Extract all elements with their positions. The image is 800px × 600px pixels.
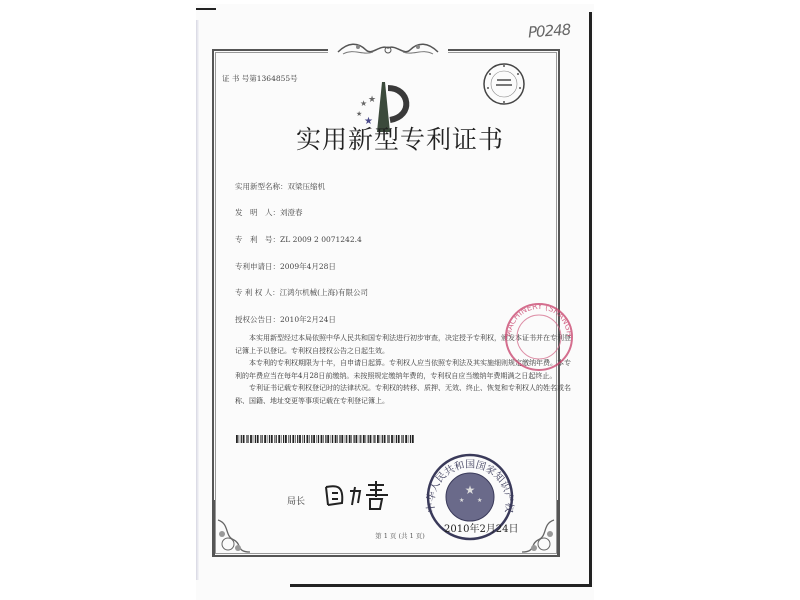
paper-shadow bbox=[196, 20, 199, 580]
top-ornament-icon bbox=[328, 38, 448, 60]
svg-text:★: ★ bbox=[356, 110, 362, 118]
svg-text:MACHINERY (SHANGHAI): MACHINERY (SHANGHAI) bbox=[503, 301, 574, 337]
paper-edge-right bbox=[589, 12, 592, 587]
svg-text:★: ★ bbox=[368, 95, 376, 105]
director-signature-icon bbox=[322, 477, 392, 511]
handwritten-note: P0248 bbox=[527, 21, 570, 42]
certificate-title: 实用新型专利证书 bbox=[0, 120, 800, 156]
corner-ornament-icon bbox=[210, 500, 260, 560]
certificate-number: 证 书 号第1364855号 bbox=[222, 73, 298, 84]
field-value: 双梁压缩机 bbox=[288, 182, 326, 191]
field-label: 专 利 权 人： bbox=[235, 288, 280, 297]
svg-text:★: ★ bbox=[465, 483, 476, 497]
company-stamp-text: MACHINERY (SHANGHAI) bbox=[503, 301, 574, 337]
paragraph-legal-status: 专利证书记载专利权登记时的法律状况。专利权的转移、质押、无效、终止、恢复和专利权… bbox=[235, 382, 575, 407]
company-stamp-icon: MACHINERY (SHANGHAI) bbox=[503, 301, 575, 373]
svg-text:★: ★ bbox=[477, 497, 482, 504]
office-stamp-icon bbox=[482, 62, 526, 106]
field-label: 授权公告日： bbox=[235, 315, 280, 324]
field-patent-number: 专 利 号：ZL 2009 2 0071242.4 bbox=[235, 234, 362, 245]
page-number: 第 1 页 (共 1 页) bbox=[0, 531, 800, 540]
field-value: 2009年4月28日 bbox=[280, 262, 336, 271]
field-value: ZL 2009 2 0071242.4 bbox=[280, 235, 362, 244]
field-utility-model-name: 实用新型名称：双梁压缩机 bbox=[235, 181, 325, 192]
field-inventor: 发 明 人：刘澄春 bbox=[235, 207, 303, 218]
svg-text:★: ★ bbox=[360, 99, 367, 108]
field-patentee: 专 利 权 人：江鸿尔机械(上海)有限公司 bbox=[235, 287, 368, 298]
field-label: 专 利 号： bbox=[235, 235, 280, 244]
field-label: 专利申请日： bbox=[235, 262, 280, 271]
paper-edge-bottom bbox=[290, 584, 592, 587]
field-grant-date: 授权公告日：2010年2月24日 bbox=[235, 314, 336, 325]
field-label: 实用新型名称： bbox=[235, 182, 288, 191]
corner-ornament-icon bbox=[512, 500, 562, 560]
field-value: 2010年2月24日 bbox=[280, 315, 336, 324]
paper-edge-top bbox=[196, 8, 216, 10]
field-label: 发 明 人： bbox=[235, 208, 280, 217]
barcode-icon bbox=[236, 435, 416, 443]
field-application-date: 专利申请日：2009年4月28日 bbox=[235, 261, 336, 272]
svg-text:★: ★ bbox=[459, 497, 464, 504]
director-label: 局长 bbox=[287, 494, 305, 507]
field-value: 刘澄春 bbox=[280, 208, 303, 217]
field-value: 江鸿尔机械(上海)有限公司 bbox=[280, 288, 368, 297]
